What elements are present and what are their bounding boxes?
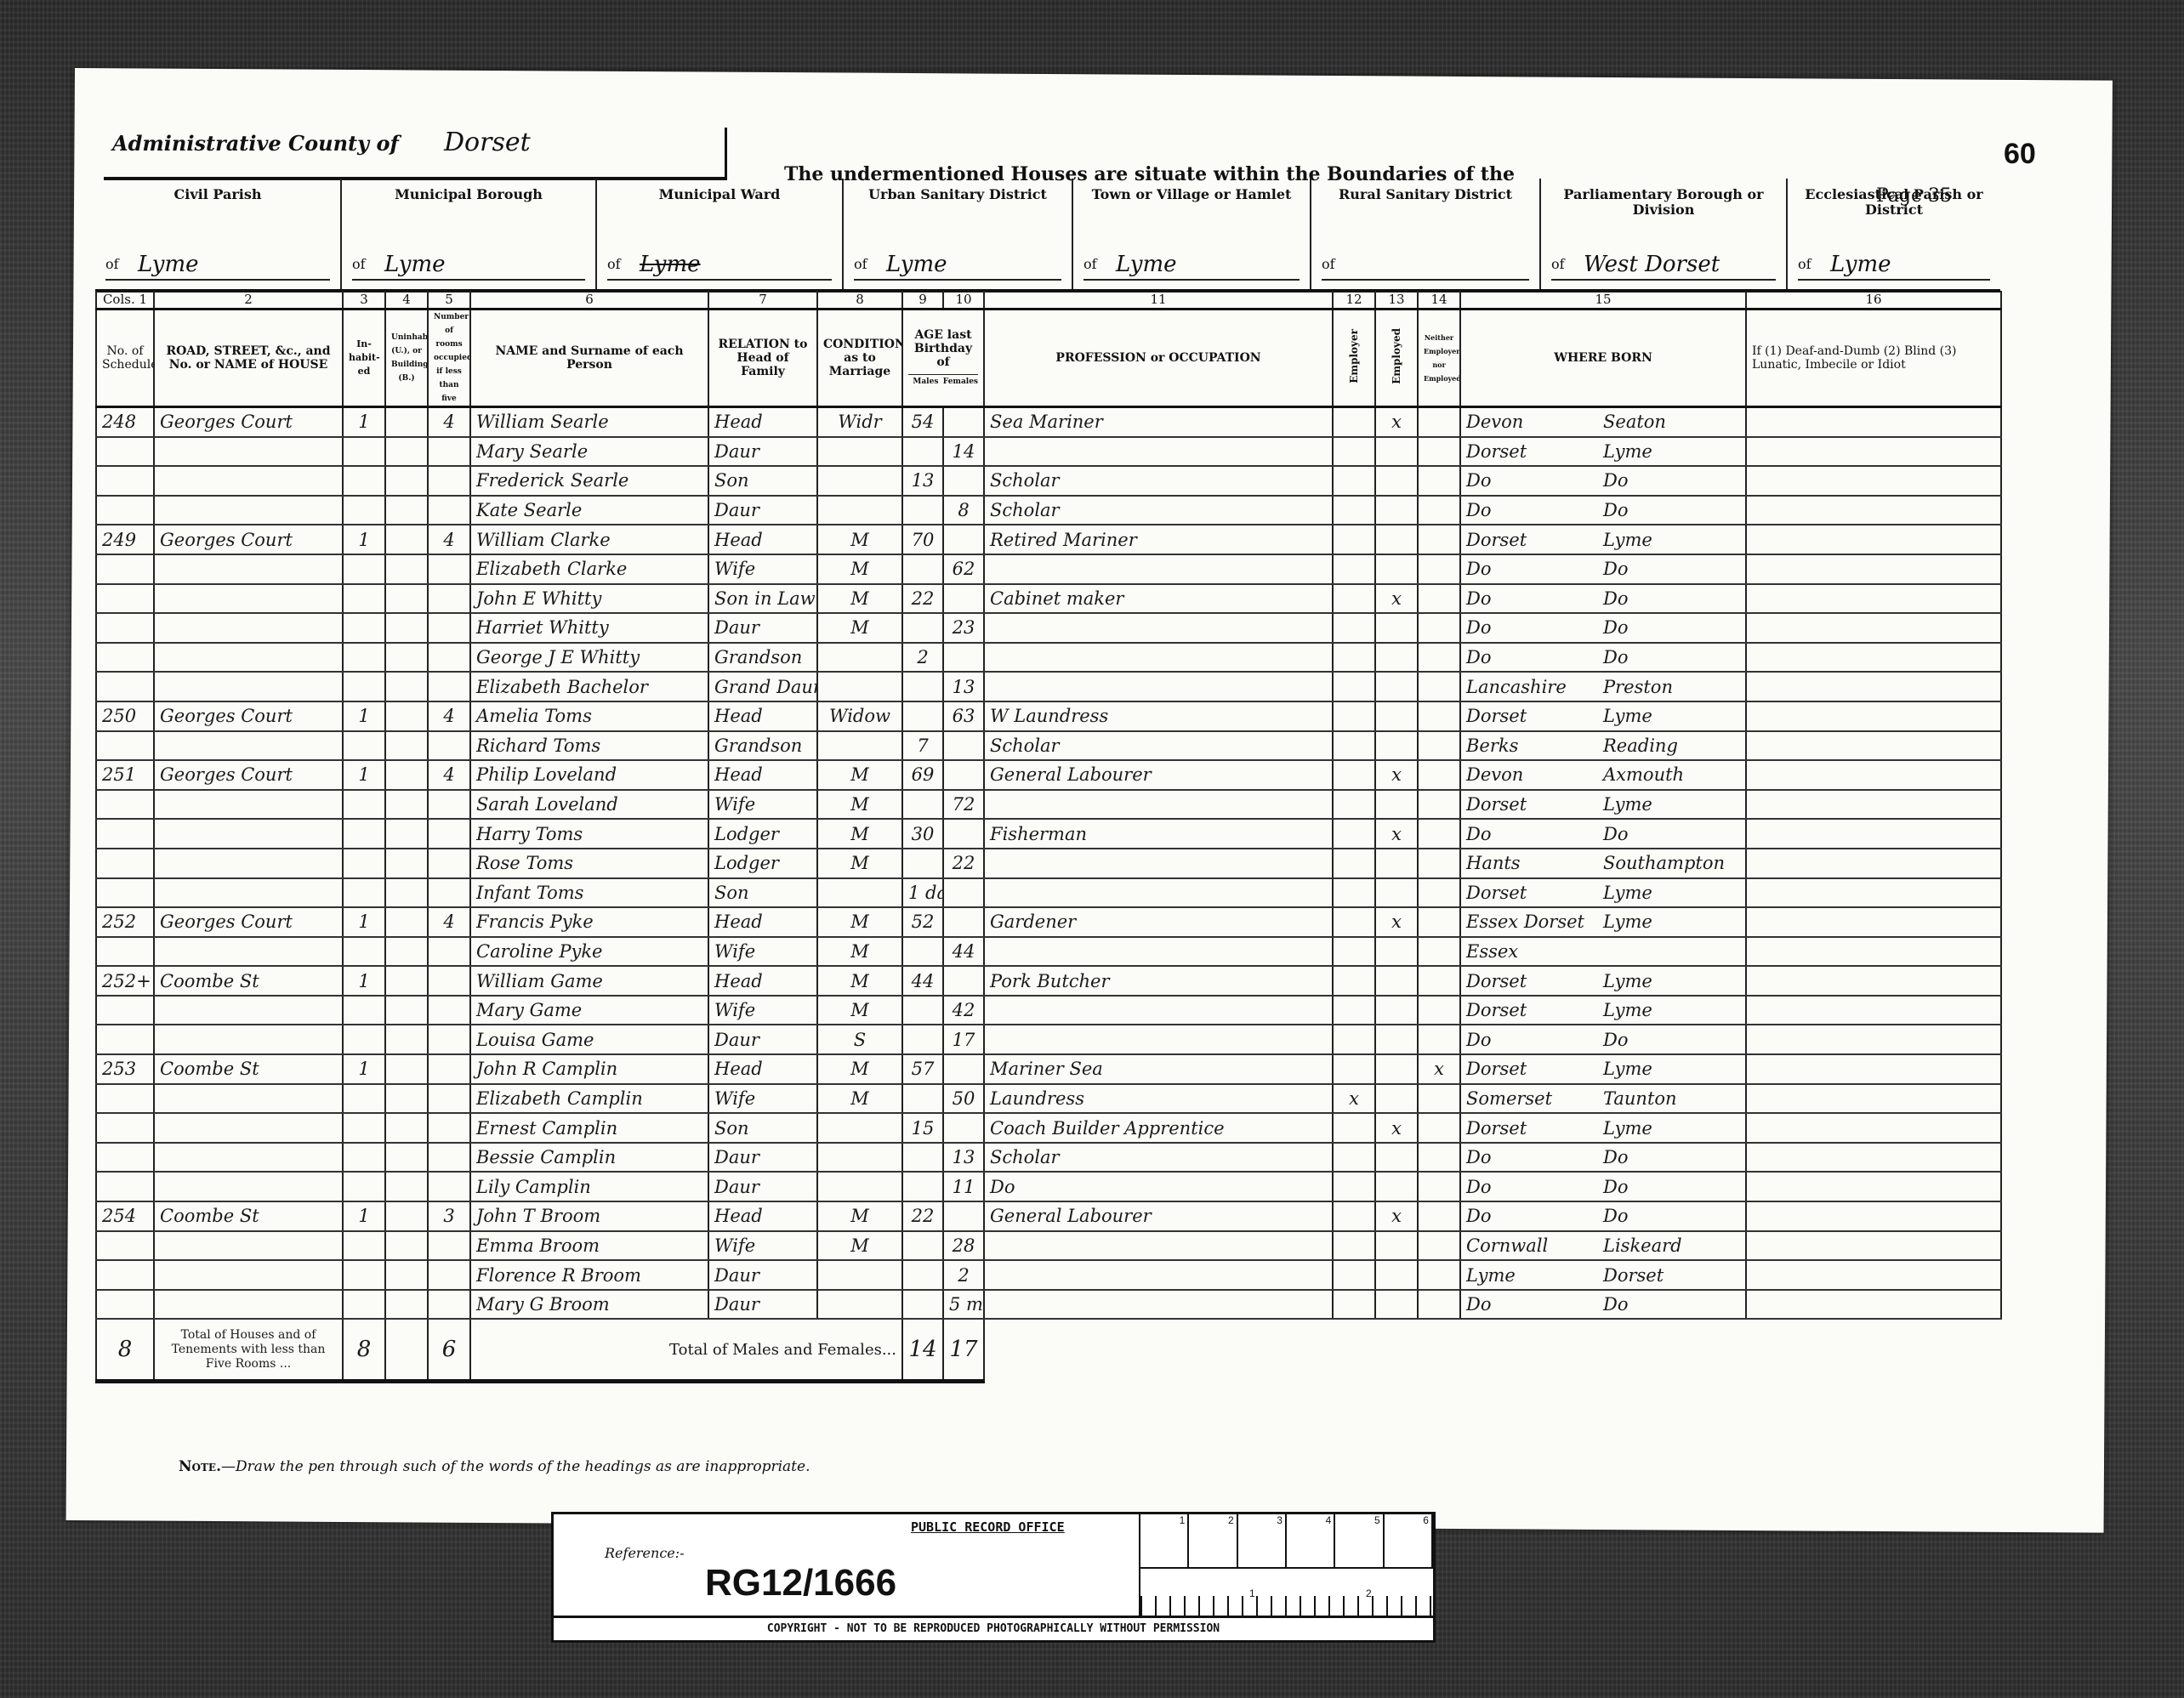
cell-condition — [817, 1113, 902, 1143]
cell-condition — [817, 496, 902, 525]
cell-where-born: DoDo — [1460, 554, 1746, 584]
census-row: Mary G BroomDaur5 moDoDo — [96, 1290, 2001, 1320]
census-row: 253Coombe St1John R CamplinHeadM57Marine… — [96, 1054, 2001, 1084]
cell-uninhab — [385, 819, 428, 849]
district-town: Town or Village or Hamlet Lyme — [1073, 179, 1311, 289]
cell-road — [154, 1172, 343, 1201]
cell-employed — [1375, 1260, 1418, 1290]
cell-employer — [1333, 1143, 1375, 1173]
cell-rooms — [428, 819, 470, 849]
header-where-born: WHERE BORN — [1460, 310, 1746, 407]
cell-where-born: DorsetLyme — [1460, 1113, 1746, 1143]
born-county: Do — [1466, 1177, 1603, 1197]
cell-condition: Widr — [817, 407, 902, 437]
cell-condition: M — [817, 760, 902, 790]
cell-name: Emma Broom — [470, 1231, 708, 1261]
cell-rooms — [428, 1143, 470, 1173]
cell-uninhab — [385, 1260, 428, 1290]
cell-schedule — [96, 1113, 154, 1143]
born-county: Dorset — [1466, 971, 1603, 991]
cell-employer — [1333, 701, 1375, 731]
cell-name: Harry Toms — [470, 819, 708, 849]
cell-where-born: Essex — [1460, 937, 1746, 967]
district-municipal-ward: Municipal Ward Lyme — [597, 179, 844, 289]
cell-condition: M — [817, 525, 902, 554]
cell-inhab — [343, 643, 385, 673]
cell-relation: Daur — [708, 437, 817, 467]
cell-road — [154, 1143, 343, 1173]
header-employed: Employed — [1375, 310, 1418, 407]
cell-inhab: 1 — [343, 701, 385, 731]
born-county: Do — [1466, 1206, 1603, 1226]
census-row: Infant TomsSon1 dayDorsetLyme — [96, 878, 2001, 908]
cell-infirm — [1746, 731, 2001, 761]
cell-male — [902, 937, 943, 967]
cell-relation: Wife — [708, 554, 817, 584]
copyright-notice: COPYRIGHT - NOT TO BE REPRODUCED PHOTOGR… — [554, 1616, 1433, 1640]
born-place: Lyme — [1603, 1118, 1652, 1139]
cell-employed — [1375, 525, 1418, 554]
cell-name: Elizabeth Bachelor — [470, 672, 708, 701]
cell-infirm — [1746, 878, 2001, 908]
cell-female — [943, 407, 984, 437]
cell-male — [902, 554, 943, 584]
cell-female: 22 — [943, 849, 984, 878]
cell-employed — [1375, 1025, 1418, 1054]
cell-rooms — [428, 966, 470, 996]
cell-inhab — [343, 878, 385, 908]
cell-employed — [1375, 643, 1418, 673]
cell-male — [902, 996, 943, 1025]
cell-road: Coombe St — [154, 1054, 343, 1084]
cell-inhab — [343, 1231, 385, 1261]
cell-male: 54 — [902, 407, 943, 437]
cell-occupation: Fisherman — [984, 819, 1333, 849]
cell-where-born: DoDo — [1460, 584, 1746, 614]
cell-female — [943, 584, 984, 614]
cell-relation: Head — [708, 701, 817, 731]
cell-condition — [817, 878, 902, 908]
cell-neither — [1418, 1084, 1460, 1114]
cell-where-born: DevonAxmouth — [1460, 760, 1746, 790]
cell-road: Georges Court — [154, 907, 343, 937]
born-county: Lancashire — [1466, 677, 1603, 697]
cell-relation: Wife — [708, 790, 817, 820]
column-headers-row: No. of Schedule ROAD, STREET, &c., and N… — [96, 310, 2001, 407]
district-parliamentary: Parliamentary Borough or Division West D… — [1541, 179, 1788, 289]
cell-neither — [1418, 613, 1460, 643]
cell-condition: S — [817, 1025, 902, 1054]
cell-female — [943, 466, 984, 496]
cell-inhab — [343, 466, 385, 496]
cell-uninhab — [385, 613, 428, 643]
record-office-label: PUBLIC RECORD OFFICE — [911, 1519, 1065, 1535]
cell-male — [902, 613, 943, 643]
born-place: Lyme — [1603, 911, 1652, 932]
born-place: Lyme — [1603, 706, 1652, 726]
cell-rooms — [428, 878, 470, 908]
cell-uninhab — [385, 790, 428, 820]
cell-male — [902, 1084, 943, 1114]
reference-value: RG12/1666 — [705, 1562, 896, 1604]
cell-occupation — [984, 790, 1333, 820]
cell-name: Mary Game — [470, 996, 708, 1025]
cell-road: Georges Court — [154, 701, 343, 731]
census-row: Caroline PykeWifeM44Essex — [96, 937, 2001, 967]
cell-employer — [1333, 643, 1375, 673]
born-place: Dorset — [1603, 1265, 1664, 1286]
cell-employed — [1375, 937, 1418, 967]
cell-road — [154, 437, 343, 467]
cell-relation: Daur — [708, 1172, 817, 1201]
cell-schedule — [96, 1172, 154, 1201]
cell-female: 8 — [943, 496, 984, 525]
cell-schedule — [96, 1290, 154, 1320]
header-condition: CONDITION as to Marriage — [817, 310, 902, 407]
cell-road — [154, 790, 343, 820]
cell-name: John T Broom — [470, 1201, 708, 1231]
cell-road — [154, 1084, 343, 1114]
cell-employer — [1333, 407, 1375, 437]
cell-inhab — [343, 672, 385, 701]
reference-card: PUBLIC RECORD OFFICE Reference:- RG12/16… — [551, 1512, 1436, 1643]
cell-neither — [1418, 849, 1460, 878]
cell-road — [154, 1113, 343, 1143]
census-row: Ernest CamplinSon15Coach Builder Apprent… — [96, 1113, 2001, 1143]
cell-rooms — [428, 849, 470, 878]
cell-neither — [1418, 878, 1460, 908]
census-row: Mary SearleDaur14DorsetLyme — [96, 437, 2001, 467]
born-county: Do — [1466, 1147, 1603, 1167]
cell-uninhab — [385, 731, 428, 761]
cell-where-born: DoDo — [1460, 643, 1746, 673]
cell-condition: M — [817, 1084, 902, 1114]
cell-rooms — [428, 437, 470, 467]
cell-relation: Head — [708, 1054, 817, 1084]
census-row: Harry TomsLodgerM30FishermanxDoDo — [96, 819, 2001, 849]
cell-condition: M — [817, 937, 902, 967]
cell-condition: Widow — [817, 701, 902, 731]
cell-infirm — [1746, 613, 2001, 643]
cell-where-born: DorsetLyme — [1460, 996, 1746, 1025]
cell-inhab — [343, 1084, 385, 1114]
cell-female: 44 — [943, 937, 984, 967]
cell-neither — [1418, 496, 1460, 525]
cell-schedule — [96, 584, 154, 614]
cell-female — [943, 525, 984, 554]
cell-infirm — [1746, 1025, 2001, 1054]
cell-relation: Grandson — [708, 731, 817, 761]
cell-where-born: DoDo — [1460, 466, 1746, 496]
cell-name: Florence R Broom — [470, 1260, 708, 1290]
cell-inhab — [343, 996, 385, 1025]
cell-rooms: 3 — [428, 1201, 470, 1231]
cell-male — [902, 1172, 943, 1201]
cell-employer — [1333, 1054, 1375, 1084]
header-inhabited: In-habit-ed — [343, 310, 385, 407]
cell-employer — [1333, 1260, 1375, 1290]
cell-neither — [1418, 1201, 1460, 1231]
cell-relation: Wife — [708, 996, 817, 1025]
cell-schedule — [96, 731, 154, 761]
cell-employed — [1375, 731, 1418, 761]
cell-rooms — [428, 790, 470, 820]
cell-uninhab — [385, 466, 428, 496]
cell-employer — [1333, 554, 1375, 584]
cell-employed — [1375, 554, 1418, 584]
cell-employer — [1333, 849, 1375, 878]
cell-uninhab — [385, 1084, 428, 1114]
born-place: Do — [1603, 647, 1628, 667]
cell-occupation: W Laundress — [984, 701, 1333, 731]
cell-rooms — [428, 1290, 470, 1320]
cell-road — [154, 1025, 343, 1054]
cell-female — [943, 643, 984, 673]
cell-occupation: Mariner Sea — [984, 1054, 1333, 1084]
district-rural-sanitary: Rural Sanitary District — [1311, 179, 1541, 289]
cell-relation: Head — [708, 407, 817, 437]
cell-female: 13 — [943, 1143, 984, 1173]
born-place: Do — [1603, 1030, 1628, 1050]
cell-occupation — [984, 672, 1333, 701]
census-table: Cols. 1 2 3 4 5 6 7 8 9 10 11 12 13 14 1… — [95, 291, 2002, 1383]
census-row: George J E WhittyGrandson2DoDo — [96, 643, 2001, 673]
born-place: Lyme — [1603, 971, 1652, 991]
cell-female: 17 — [943, 1025, 984, 1054]
cell-female: 14 — [943, 437, 984, 467]
cell-employer — [1333, 437, 1375, 467]
cell-neither — [1418, 819, 1460, 849]
cell-schedule: 249 — [96, 525, 154, 554]
cell-male: 7 — [902, 731, 943, 761]
cell-schedule — [96, 819, 154, 849]
born-place: Lyme — [1603, 794, 1652, 815]
cell-occupation: Gardener — [984, 907, 1333, 937]
born-place: Axmouth — [1603, 764, 1684, 785]
cell-schedule — [96, 496, 154, 525]
cell-name: Harriet Whitty — [470, 613, 708, 643]
cell-where-born: DevonSeaton — [1460, 407, 1746, 437]
cell-female: 62 — [943, 554, 984, 584]
cell-schedule — [96, 878, 154, 908]
cell-inhab — [343, 1113, 385, 1143]
cell-female — [943, 878, 984, 908]
cell-employed — [1375, 672, 1418, 701]
born-county: Do — [1466, 559, 1603, 579]
cell-name: William Clarke — [470, 525, 708, 554]
cell-inhab — [343, 1172, 385, 1201]
cm-scale: 1 2 3 4 5 6 — [1140, 1514, 1433, 1569]
cell-employed — [1375, 1231, 1418, 1261]
census-row: Lily CamplinDaur11DoDoDo — [96, 1172, 2001, 1201]
cell-road — [154, 1290, 343, 1320]
cell-schedule — [96, 1084, 154, 1114]
cell-rooms — [428, 466, 470, 496]
cell-neither — [1418, 407, 1460, 437]
cell-inhab — [343, 1143, 385, 1173]
cell-neither — [1418, 996, 1460, 1025]
cell-inhab — [343, 731, 385, 761]
cell-infirm — [1746, 819, 2001, 849]
cell-road: Georges Court — [154, 407, 343, 437]
cell-where-born: DorsetLyme — [1460, 1054, 1746, 1084]
cell-road — [154, 731, 343, 761]
cell-inhab — [343, 1025, 385, 1054]
cell-uninhab — [385, 1113, 428, 1143]
cell-neither — [1418, 1260, 1460, 1290]
cell-schedule — [96, 790, 154, 820]
cell-road: Coombe St — [154, 1201, 343, 1231]
born-county: Do — [1466, 617, 1603, 638]
cell-where-born: DorsetLyme — [1460, 966, 1746, 996]
cell-inhab — [343, 437, 385, 467]
cell-schedule — [96, 1260, 154, 1290]
cell-rooms: 4 — [428, 525, 470, 554]
cell-road — [154, 554, 343, 584]
admin-county: Administrative County of Dorset — [104, 128, 727, 180]
cell-relation: Grandson — [708, 643, 817, 673]
cell-rooms — [428, 1172, 470, 1201]
district-urban-sanitary: Urban Sanitary District Lyme — [844, 179, 1073, 289]
cell-employed: x — [1375, 819, 1418, 849]
born-county: Devon — [1466, 764, 1603, 785]
cell-female — [943, 760, 984, 790]
cell-where-born: HantsSouthampton — [1460, 849, 1746, 878]
cell-rooms — [428, 584, 470, 614]
census-row: John E WhittySon in LawM22Cabinet makerx… — [96, 584, 2001, 614]
cell-infirm — [1746, 496, 2001, 525]
cell-male: 13 — [902, 466, 943, 496]
cell-condition: M — [817, 554, 902, 584]
cell-relation: Daur — [708, 1290, 817, 1320]
born-place: Liskeard — [1603, 1235, 1682, 1256]
cell-male: 22 — [902, 584, 943, 614]
census-row: Emma BroomWifeM28CornwallLiskeard — [96, 1231, 2001, 1261]
cell-road: Georges Court — [154, 525, 343, 554]
cell-employer — [1333, 672, 1375, 701]
cell-name: Rose Toms — [470, 849, 708, 878]
census-row: Elizabeth ClarkeWifeM62DoDo — [96, 554, 2001, 584]
cell-name: Richard Toms — [470, 731, 708, 761]
born-place: Do — [1603, 824, 1628, 844]
cell-infirm — [1746, 790, 2001, 820]
cell-relation: Wife — [708, 1084, 817, 1114]
born-county: Devon — [1466, 412, 1603, 432]
born-place: Preston — [1603, 677, 1673, 697]
cell-occupation — [984, 613, 1333, 643]
cell-schedule: 252 — [96, 907, 154, 937]
cell-employer — [1333, 466, 1375, 496]
district-civil-parish: Civil Parish Lyme — [95, 179, 342, 289]
cell-female: 72 — [943, 790, 984, 820]
cell-infirm — [1746, 701, 2001, 731]
total-schedules: 8 — [96, 1319, 154, 1382]
born-county: Do — [1466, 470, 1603, 491]
cell-relation: Son — [708, 1113, 817, 1143]
cell-schedule — [96, 672, 154, 701]
born-county: Do — [1466, 588, 1603, 609]
cell-condition: M — [817, 966, 902, 996]
cell-relation: Daur — [708, 1143, 817, 1173]
cell-where-born: LancashirePreston — [1460, 672, 1746, 701]
cell-employed — [1375, 878, 1418, 908]
cell-occupation: Scholar — [984, 496, 1333, 525]
census-row: Elizabeth BachelorGrand Daur13Lancashire… — [96, 672, 2001, 701]
born-place: Do — [1603, 1147, 1628, 1167]
cell-neither — [1418, 1172, 1460, 1201]
cell-infirm — [1746, 1290, 2001, 1320]
cell-condition: M — [817, 613, 902, 643]
cell-name: Philip Loveland — [470, 760, 708, 790]
cell-rooms — [428, 1025, 470, 1054]
cell-employed: x — [1375, 907, 1418, 937]
cell-uninhab — [385, 966, 428, 996]
cell-uninhab — [385, 1143, 428, 1173]
born-place: Taunton — [1603, 1088, 1677, 1109]
cell-where-born: SomersetTaunton — [1460, 1084, 1746, 1114]
cell-infirm — [1746, 672, 2001, 701]
cell-schedule — [96, 1231, 154, 1261]
cell-occupation: Cabinet maker — [984, 584, 1333, 614]
cell-uninhab — [385, 849, 428, 878]
cell-male — [902, 1025, 943, 1054]
cell-employed — [1375, 1172, 1418, 1201]
cell-occupation — [984, 554, 1333, 584]
born-county: Do — [1466, 824, 1603, 844]
cell-road — [154, 643, 343, 673]
cell-male: 1 day — [902, 878, 943, 908]
born-county: Lyme — [1466, 1265, 1603, 1286]
born-county: Dorset — [1466, 1000, 1603, 1020]
census-rows: 248Georges Court14William SearleHeadWidr… — [96, 407, 2001, 1320]
cell-neither — [1418, 1143, 1460, 1173]
born-county: Dorset — [1466, 1118, 1603, 1139]
cell-uninhab — [385, 584, 428, 614]
census-row: 254Coombe St13John T BroomHeadM22General… — [96, 1201, 2001, 1231]
cell-employer — [1333, 819, 1375, 849]
cell-where-born: DoDo — [1460, 1172, 1746, 1201]
cell-male — [902, 672, 943, 701]
cell-relation: Head — [708, 525, 817, 554]
cell-occupation: Do — [984, 1172, 1333, 1201]
cell-relation: Head — [708, 907, 817, 937]
cell-condition: M — [817, 819, 902, 849]
inch-ticks — [1140, 1582, 1433, 1616]
cell-where-born: DoDo — [1460, 819, 1746, 849]
born-county: Do — [1466, 647, 1603, 667]
total-persons-label: Total of Males and Females... — [470, 1319, 902, 1382]
cell-male: 69 — [902, 760, 943, 790]
cell-rooms — [428, 937, 470, 967]
cell-male — [902, 701, 943, 731]
header-males: Males — [908, 375, 943, 389]
cell-employer — [1333, 878, 1375, 908]
cell-schedule — [96, 613, 154, 643]
cell-occupation — [984, 643, 1333, 673]
cell-inhab — [343, 584, 385, 614]
cell-infirm — [1746, 1143, 2001, 1173]
cell-employed — [1375, 496, 1418, 525]
cell-condition — [817, 643, 902, 673]
cell-female — [943, 1054, 984, 1084]
cell-name: Kate Searle — [470, 496, 708, 525]
cell-where-born: CornwallLiskeard — [1460, 1231, 1746, 1261]
cell-rooms: 4 — [428, 760, 470, 790]
born-county: Somerset — [1466, 1088, 1603, 1109]
cell-occupation: General Labourer — [984, 1201, 1333, 1231]
born-county: Essex — [1466, 941, 1603, 962]
cell-where-born: DoDo — [1460, 1143, 1746, 1173]
